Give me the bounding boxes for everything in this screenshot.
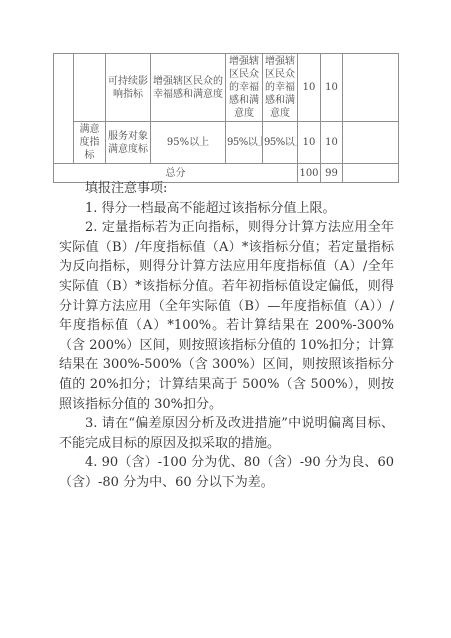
note-item-3: 3. 请在“偏差原因分析及改进措施”中说明偏离目标、不能完成目标的原因及拟采取的… [59, 414, 394, 453]
note-item-2: 2. 定量指标若为正向指标，则得分计算方法应用全年实际值（B）/年度指标值（A）… [59, 218, 394, 414]
filling-notes-section: 填报注意事项: 1. 得分一档最高不能超过该指标分值上限。 2. 定量指标若为正… [59, 179, 394, 493]
table-row: 满意度指标 服务对象满意度标 95%以上 95%以上 95%以上 10 10 [54, 122, 399, 164]
table-row: 可持续影响指标 增强辖区民众的幸福感和满意度 增强辖区民众的幸福感和满意度 增强… [54, 54, 399, 122]
cell-target-value: 增强辖区民众的幸福感和满意度 [226, 54, 263, 122]
cell-remark [343, 122, 399, 164]
cell-score: 10 [298, 122, 321, 164]
cell-indicator-name: 可持续影响指标 [106, 54, 151, 122]
performance-score-table: 可持续影响指标 增强辖区民众的幸福感和满意度 增强辖区民众的幸福感和满意度 增强… [53, 53, 399, 183]
cell-self-score: 10 [321, 54, 343, 122]
cell-actual-value: 95%以上 [263, 122, 298, 164]
cell-self-score: 10 [321, 122, 343, 164]
notes-heading: 填报注意事项: [59, 179, 394, 199]
cell-remark [343, 54, 399, 122]
cell-indicator-name: 服务对象满意度标 [106, 122, 151, 164]
cell-side-blank [54, 54, 74, 164]
cell-indicator-desc: 95%以上 [151, 122, 226, 164]
cell-actual-value: 增强辖区民众的幸福感和满意度 [263, 54, 298, 122]
note-item-4: 4. 90（含）-100 分为优、80（含）-90 分为良、60（含）-80 分… [59, 453, 394, 492]
cell-category: 满意度指标 [74, 122, 106, 164]
cell-score: 10 [298, 54, 321, 122]
note-item-1: 1. 得分一档最高不能超过该指标分值上限。 [59, 199, 394, 219]
cell-target-value: 95%以上 [226, 122, 263, 164]
cell-category-blank [74, 54, 106, 122]
cell-indicator-desc: 增强辖区民众的幸福感和满意度 [151, 54, 226, 122]
document-page: 可持续影响指标 增强辖区民众的幸福感和满意度 增强辖区民众的幸福感和满意度 增强… [0, 0, 451, 638]
